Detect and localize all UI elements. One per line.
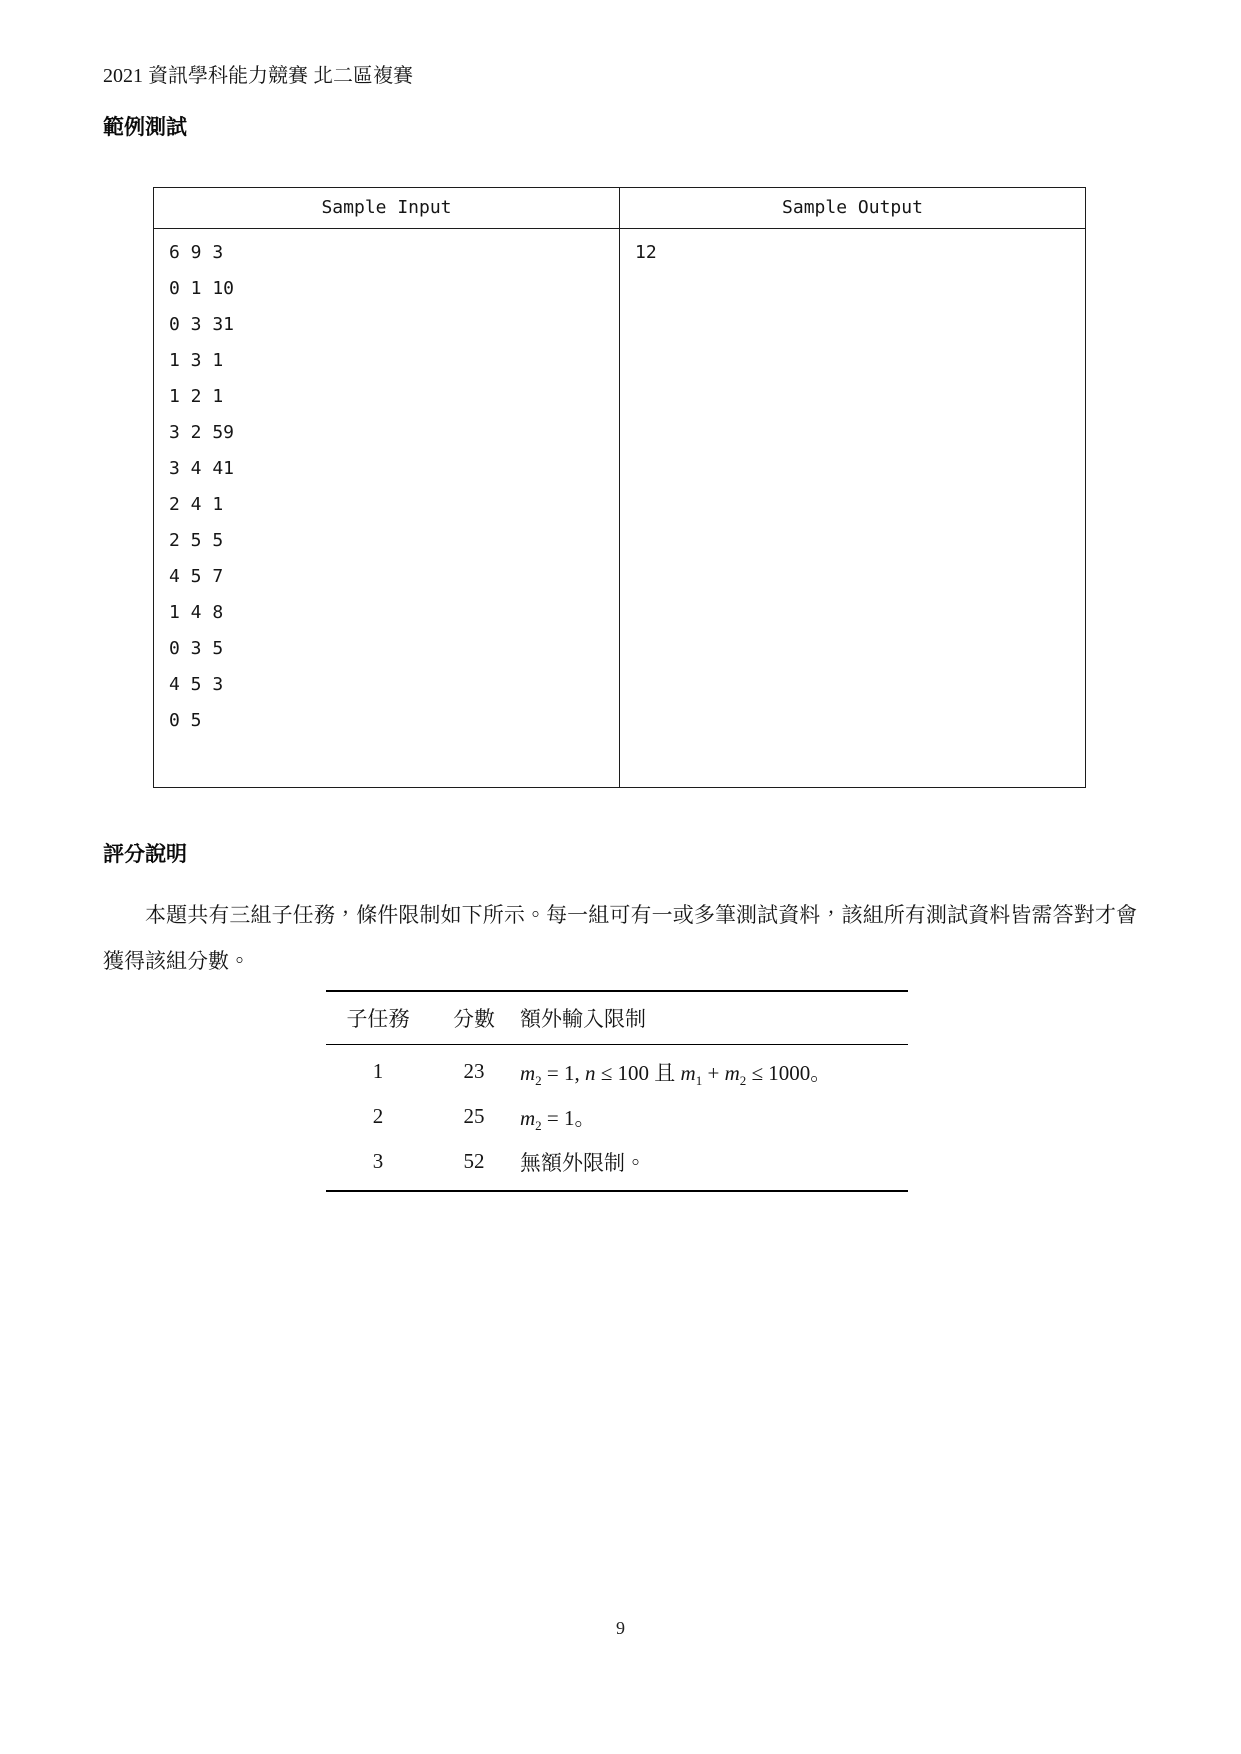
code-line: 0 3 31 bbox=[169, 307, 619, 343]
constraint-text: = 1。 bbox=[542, 1106, 596, 1130]
sample-io-table-body: 6 9 30 1 100 3 311 3 11 2 13 2 593 4 412… bbox=[154, 229, 1085, 787]
page-number: 9 bbox=[0, 1618, 1241, 1639]
code-line: 6 9 3 bbox=[169, 235, 619, 271]
subtask-constraint: 無額外限制。 bbox=[518, 1147, 908, 1177]
code-line: 2 4 1 bbox=[169, 487, 619, 523]
scoring-title: 評分說明 bbox=[103, 842, 187, 868]
sample-input-cell: 6 9 30 1 100 3 311 3 11 2 13 2 593 4 412… bbox=[154, 229, 620, 787]
subtask-number: 3 bbox=[326, 1149, 430, 1174]
subtask-row: 352無額外限制。 bbox=[326, 1139, 908, 1184]
sample-tests-title: 範例測試 bbox=[103, 115, 187, 141]
document-page: 2021 資訊學科能力競賽 北二區複賽 範例測試 Sample Input Sa… bbox=[0, 0, 1241, 1754]
code-line: 4 5 7 bbox=[169, 559, 619, 595]
code-line: 2 5 5 bbox=[169, 523, 619, 559]
constraint-text: + bbox=[702, 1061, 724, 1085]
score-col-header: 分數 bbox=[430, 1003, 518, 1033]
code-line: 0 3 5 bbox=[169, 631, 619, 667]
code-line: 1 2 1 bbox=[169, 379, 619, 415]
doc-header: 2021 資訊學科能力競賽 北二區複賽 bbox=[103, 62, 413, 90]
subtask-number: 2 bbox=[326, 1104, 430, 1129]
math-variable: n bbox=[585, 1061, 596, 1085]
code-line: 3 2 59 bbox=[169, 415, 619, 451]
code-line: 4 5 3 bbox=[169, 667, 619, 703]
sample-io-table: Sample Input Sample Output 6 9 30 1 100 … bbox=[153, 187, 1086, 788]
math-variable: m bbox=[681, 1061, 696, 1085]
subtask-constraint: m2 = 1, n ≤ 100 且 m1 + m2 ≤ 1000。 bbox=[518, 1057, 908, 1087]
code-line: 12 bbox=[635, 235, 1085, 271]
code-line: 1 4 8 bbox=[169, 595, 619, 631]
code-line: 0 5 bbox=[169, 703, 619, 739]
code-line: 3 4 41 bbox=[169, 451, 619, 487]
constraint-text: 無額外限制。 bbox=[520, 1151, 646, 1175]
subtask-score: 23 bbox=[430, 1059, 518, 1084]
sample-io-table-header-row: Sample Input Sample Output bbox=[154, 188, 1085, 229]
sample-input-header: Sample Input bbox=[154, 188, 620, 228]
subtask-col-header: 子任務 bbox=[326, 1003, 430, 1033]
subtask-rows: 123m2 = 1, n ≤ 100 且 m1 + m2 ≤ 1000。225m… bbox=[326, 1045, 908, 1190]
sample-output-cell: 12 bbox=[620, 229, 1085, 787]
constraint-text: = 1, bbox=[542, 1061, 585, 1085]
subtask-score: 25 bbox=[430, 1104, 518, 1129]
subtask-row: 123m2 = 1, n ≤ 100 且 m1 + m2 ≤ 1000。 bbox=[326, 1049, 908, 1094]
math-variable: m bbox=[520, 1106, 535, 1130]
subtask-table: 子任務 分數 額外輸入限制 123m2 = 1, n ≤ 100 且 m1 + … bbox=[326, 990, 908, 1192]
math-variable: m bbox=[520, 1061, 535, 1085]
code-line: 0 1 10 bbox=[169, 271, 619, 307]
subtask-row: 225m2 = 1。 bbox=[326, 1094, 908, 1139]
subtask-number: 1 bbox=[326, 1059, 430, 1084]
constraint-text: ≤ 1000。 bbox=[746, 1061, 831, 1085]
code-line: 1 3 1 bbox=[169, 343, 619, 379]
sample-output-header: Sample Output bbox=[620, 188, 1085, 228]
constraint-col-header: 額外輸入限制 bbox=[518, 1003, 908, 1033]
scoring-paragraph: 本題共有三組子任務，條件限制如下所示。每一組可有一或多筆測試資料，該組所有測試資… bbox=[103, 892, 1137, 984]
subtask-score: 52 bbox=[430, 1149, 518, 1174]
subtask-constraint: m2 = 1。 bbox=[518, 1102, 908, 1132]
math-variable: m bbox=[725, 1061, 740, 1085]
constraint-text: ≤ 100 且 bbox=[596, 1061, 681, 1085]
subtask-table-header-row: 子任務 分數 額外輸入限制 bbox=[326, 992, 908, 1045]
